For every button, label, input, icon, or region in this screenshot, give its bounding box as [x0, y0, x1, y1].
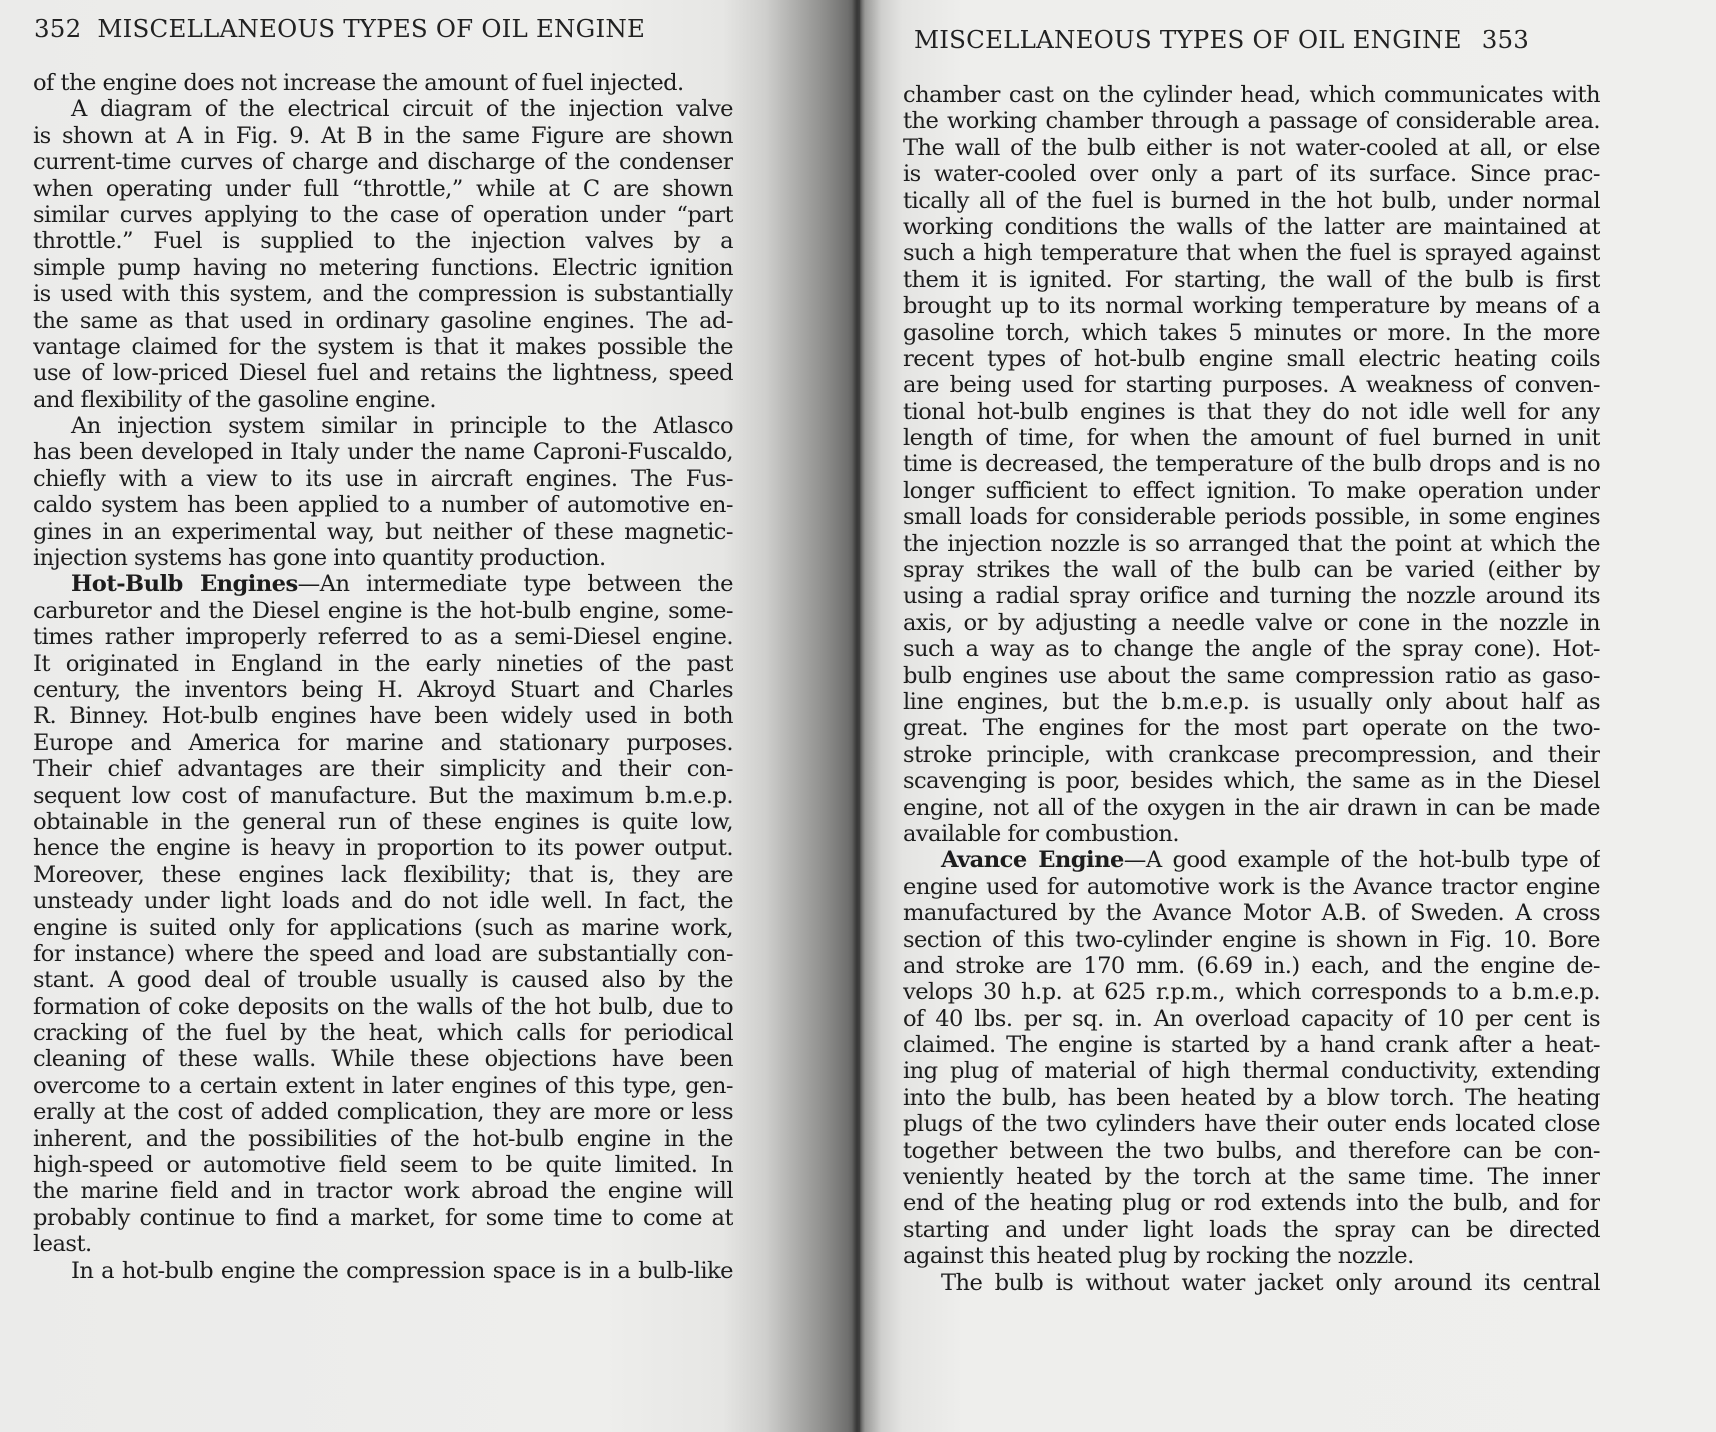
text-line: The bulb is without water jacket only ar…: [903, 1270, 1600, 1296]
line-text: them it is ignited. For starting, the wa…: [903, 267, 1600, 293]
text-line: time is decreased, the temperature of th…: [903, 451, 1600, 477]
text-line: Their chief advantages are their simplic…: [33, 756, 733, 782]
text-line: velops 30 h.p. at 625 r.p.m., which corr…: [903, 979, 1600, 1005]
body-text: of the engine does not increase the amou…: [33, 70, 733, 1284]
line-text: the same as that used in ordinary gasoli…: [33, 308, 733, 334]
text-line: line engines, but the b.m.e.p. is usuall…: [903, 689, 1600, 715]
text-line: stroke principle, with crankcase precomp…: [903, 742, 1600, 768]
line-text: using a radial spray orifice and turning…: [903, 583, 1600, 609]
text-line: engine used for automotive work is the A…: [903, 874, 1600, 900]
text-line: for instance) where the speed and load a…: [33, 941, 733, 967]
line-text: against this heated plug by rocking the …: [903, 1243, 1414, 1269]
line-text: —An intermediate type between the: [298, 571, 733, 597]
text-line: using a radial spray orifice and turning…: [903, 583, 1600, 609]
text-line: end of the heating plug or rod extends i…: [903, 1190, 1600, 1216]
text-line: obtainable in the general run of these e…: [33, 809, 733, 835]
line-text: is water-cooled over only a part of its …: [903, 161, 1600, 187]
text-line: tically all of the fuel is burned in the…: [903, 188, 1600, 214]
line-text: chiefly with a view to its use in aircra…: [33, 466, 733, 492]
text-line: engine, not all of the oxygen in the air…: [903, 795, 1600, 821]
body-text: chamber cast on the cylinder head, which…: [903, 82, 1600, 1296]
line-text: length of time, for when the amount of f…: [903, 425, 1600, 451]
line-text: sequent low cost of manufacture. But the…: [33, 783, 733, 809]
text-line: A diagram of the electrical circuit of t…: [33, 96, 733, 122]
line-text: probably continue to find a market, for …: [33, 1205, 733, 1231]
text-line: chiefly with a view to its use in aircra…: [33, 466, 733, 492]
line-text: unsteady under light loads and do not id…: [33, 888, 733, 914]
section-heading-line: Avance Engine—A good example of the hot-…: [903, 847, 1600, 873]
line-text: for instance) where the speed and load a…: [33, 941, 733, 967]
line-text: throttle.” Fuel is supplied to the injec…: [33, 228, 733, 254]
text-line: similar curves applying to the case of o…: [33, 202, 733, 228]
line-text: engine, not all of the oxygen in the air…: [903, 795, 1600, 821]
line-text: hence the engine is heavy in proportion …: [33, 835, 733, 861]
text-line: them it is ignited. For starting, the wa…: [903, 267, 1600, 293]
running-head-title: MISCELLANEOUS TYPES OF OIL ENGINE: [97, 14, 645, 43]
text-line: Moreover, these engines lack flexibility…: [33, 862, 733, 888]
text-line: available for combustion.: [903, 821, 1600, 847]
line-text: when operating under full “throttle,” wh…: [33, 176, 733, 202]
line-text: A diagram of the electrical circuit of t…: [71, 96, 733, 122]
line-text: the injection nozzle is so arranged that…: [903, 531, 1600, 557]
line-text: Moreover, these engines lack flexibility…: [33, 862, 733, 888]
line-text: together between the two bulbs, and ther…: [903, 1138, 1600, 1164]
text-line: engine is suited only for applications (…: [33, 915, 733, 941]
text-line: is used with this system, and the compre…: [33, 281, 733, 307]
line-text: similar curves applying to the case of o…: [33, 202, 733, 228]
book-gutter: [852, 0, 862, 1432]
text-line: Europe and America for marine and statio…: [33, 730, 733, 756]
line-text: engine is suited only for applications (…: [33, 915, 733, 941]
text-line: overcome to a certain extent in later en…: [33, 1073, 733, 1099]
line-text: section of this two-cylinder engine is s…: [903, 927, 1600, 953]
text-line: sequent low cost of manufacture. But the…: [33, 783, 733, 809]
line-text: An injection system similar in principle…: [71, 413, 733, 439]
text-line: hence the engine is heavy in proportion …: [33, 835, 733, 861]
text-line: small loads for considerable periods pos…: [903, 504, 1600, 530]
text-line: The wall of the bulb either is not water…: [903, 135, 1600, 161]
text-line: least.: [33, 1231, 733, 1257]
line-text: is shown at A in Fig. 9. At B in the sam…: [33, 123, 733, 149]
text-line: spray strikes the wall of the bulb can b…: [903, 557, 1600, 583]
line-text: century, the inventors being H. Akroyd S…: [33, 677, 733, 703]
text-line: the same as that used in ordinary gasoli…: [33, 308, 733, 334]
text-line: century, the inventors being H. Akroyd S…: [33, 677, 733, 703]
line-text: end of the heating plug or rod extends i…: [903, 1190, 1600, 1216]
line-text: scavenging is poor, besides which, the s…: [903, 768, 1600, 794]
line-text: tically all of the fuel is burned in the…: [903, 188, 1600, 214]
text-line: manufactured by the Avance Motor A.B. of…: [903, 900, 1600, 926]
text-line: and flexibility of the gasoline engine.: [33, 387, 733, 413]
line-text: The wall of the bulb either is not water…: [903, 135, 1600, 161]
text-line: scavenging is poor, besides which, the s…: [903, 768, 1600, 794]
text-line: longer sufficient to effect ignition. To…: [903, 478, 1600, 504]
text-line: cracking of the fuel by the heat, which …: [33, 1020, 733, 1046]
line-text: It originated in England in the early ni…: [33, 651, 733, 677]
line-text: simple pump having no metering functions…: [33, 255, 733, 281]
line-text: The bulb is without water jacket only ar…: [941, 1270, 1600, 1296]
running-head-title: MISCELLANEOUS TYPES OF OIL ENGINE: [914, 25, 1462, 54]
line-text: caldo system has been applied to a numbe…: [33, 492, 733, 518]
line-text: stroke principle, with crankcase precomp…: [903, 742, 1600, 768]
line-text: spray strikes the wall of the bulb can b…: [903, 557, 1600, 583]
text-line: erally at the cost of added complication…: [33, 1099, 733, 1125]
line-text: vantage claimed for the system is that i…: [33, 334, 733, 360]
text-line: unsteady under light loads and do not id…: [33, 888, 733, 914]
line-text: such a high temperature that when the fu…: [903, 240, 1600, 266]
line-text: Europe and America for marine and statio…: [33, 730, 733, 756]
text-line: gasoline torch, which takes 5 minutes or…: [903, 320, 1600, 346]
text-line: ing plug of material of high thermal con…: [903, 1058, 1600, 1084]
section-heading: Avance Engine: [941, 847, 1124, 873]
text-line: is water-cooled over only a part of its …: [903, 161, 1600, 187]
right-page: MISCELLANEOUS TYPES OF OIL ENGINE353 cha…: [860, 0, 1716, 1432]
text-line: stant. A good deal of trouble usually is…: [33, 967, 733, 993]
text-line: chamber cast on the cylinder head, which…: [903, 82, 1600, 108]
text-line: claimed. The engine is started by a hand…: [903, 1032, 1600, 1058]
line-text: current-time curves of charge and discha…: [33, 149, 733, 175]
line-text: chamber cast on the cylinder head, which…: [903, 82, 1600, 108]
line-text: cracking of the fuel by the heat, which …: [33, 1020, 733, 1046]
text-line: injection systems has gone into quantity…: [33, 545, 733, 571]
text-line: cleaning of these walls. While these obj…: [33, 1046, 733, 1072]
line-text: carburetor and the Diesel engine is the …: [33, 598, 733, 624]
left-page: 352MISCELLANEOUS TYPES OF OIL ENGINE of …: [0, 0, 860, 1432]
text-line: R. Binney. Hot-bulb engines have been wi…: [33, 703, 733, 729]
line-text: inherent, and the possibilities of the h…: [33, 1126, 733, 1152]
text-line: In a hot-bulb engine the compression spa…: [33, 1258, 733, 1284]
book-spread: 352MISCELLANEOUS TYPES OF OIL ENGINE of …: [0, 0, 1716, 1432]
line-text: times rather improperly referred to as a…: [33, 624, 733, 650]
section-heading: Hot-Bulb Engines: [71, 571, 298, 597]
text-line: axis, or by adjusting a needle valve or …: [903, 610, 1600, 636]
text-line: the injection nozzle is so arranged that…: [903, 531, 1600, 557]
text-line: has been developed in Italy under the na…: [33, 439, 733, 465]
line-text: into the bulb, has been heated by a blow…: [903, 1085, 1600, 1111]
text-line: the working chamber through a passage of…: [903, 108, 1600, 134]
line-text: veniently heated by the torch at the sam…: [903, 1164, 1600, 1190]
text-line: throttle.” Fuel is supplied to the injec…: [33, 228, 733, 254]
line-text: small loads for considerable periods pos…: [903, 504, 1600, 530]
page-number: 353: [1482, 25, 1529, 54]
text-line: An injection system similar in principle…: [33, 413, 733, 439]
text-line: of the engine does not increase the amou…: [33, 70, 733, 96]
running-head-right: MISCELLANEOUS TYPES OF OIL ENGINE353: [914, 25, 1529, 54]
text-line: and stroke are 170 mm. (6.69 in.) each, …: [903, 953, 1600, 979]
text-line: such a way as to change the angle of the…: [903, 636, 1600, 662]
line-text: axis, or by adjusting a needle valve or …: [903, 610, 1600, 636]
line-text: great. The engines for the most part ope…: [903, 715, 1600, 741]
text-line: of 40 lbs. per sq. in. An overload capac…: [903, 1006, 1600, 1032]
text-line: length of time, for when the amount of f…: [903, 425, 1600, 451]
line-text: Their chief advantages are their simplic…: [33, 756, 733, 782]
line-text: brought up to its normal working tempera…: [903, 293, 1600, 319]
line-text: bulb engines use about the same compress…: [903, 663, 1600, 689]
text-line: recent types of hot-bulb engine small el…: [903, 346, 1600, 372]
line-text: ing plug of material of high thermal con…: [903, 1058, 1600, 1084]
text-line: the marine field and in tractor work abr…: [33, 1178, 733, 1204]
line-text: gines in an experimental way, but neithe…: [33, 519, 733, 545]
line-text: least.: [33, 1231, 92, 1257]
text-line: inherent, and the possibilities of the h…: [33, 1126, 733, 1152]
text-line: current-time curves of charge and discha…: [33, 149, 733, 175]
line-text: such a way as to change the angle of the…: [903, 636, 1600, 662]
text-line: section of this two-cylinder engine is s…: [903, 927, 1600, 953]
line-text: of the engine does not increase the amou…: [33, 70, 684, 96]
line-text: overcome to a certain extent in later en…: [33, 1073, 733, 1099]
text-line: working conditions the walls of the latt…: [903, 214, 1600, 240]
line-text: and stroke are 170 mm. (6.69 in.) each, …: [903, 953, 1600, 979]
line-text: erally at the cost of added complication…: [33, 1099, 733, 1125]
line-text: stant. A good deal of trouble usually is…: [33, 967, 733, 993]
text-line: times rather improperly referred to as a…: [33, 624, 733, 650]
line-text: recent types of hot-bulb engine small el…: [903, 346, 1600, 372]
text-line: carburetor and the Diesel engine is the …: [33, 598, 733, 624]
text-line: tional hot-bulb engines is that they do …: [903, 399, 1600, 425]
line-text: velops 30 h.p. at 625 r.p.m., which corr…: [903, 979, 1600, 1005]
running-head-left: 352MISCELLANEOUS TYPES OF OIL ENGINE: [34, 14, 645, 43]
line-text: high-speed or automotive field seem to b…: [33, 1152, 733, 1178]
text-line: together between the two bulbs, and ther…: [903, 1138, 1600, 1164]
line-text: obtainable in the general run of these e…: [33, 809, 733, 835]
line-text: and flexibility of the gasoline engine.: [33, 387, 436, 413]
page-number: 352: [34, 14, 81, 43]
text-line: against this heated plug by rocking the …: [903, 1243, 1600, 1269]
text-line: bulb engines use about the same compress…: [903, 663, 1600, 689]
text-line: starting and under light loads the spray…: [903, 1217, 1600, 1243]
line-text: gasoline torch, which takes 5 minutes or…: [903, 320, 1600, 346]
line-text: has been developed in Italy under the na…: [33, 439, 733, 465]
text-line: probably continue to find a market, for …: [33, 1205, 733, 1231]
text-line: into the bulb, has been heated by a blow…: [903, 1085, 1600, 1111]
line-text: are being used for starting purposes. A …: [903, 372, 1600, 398]
text-line: caldo system has been applied to a numbe…: [33, 492, 733, 518]
line-text: starting and under light loads the spray…: [903, 1217, 1600, 1243]
text-line: gines in an experimental way, but neithe…: [33, 519, 733, 545]
text-line: brought up to its normal working tempera…: [903, 293, 1600, 319]
text-line: such a high temperature that when the fu…: [903, 240, 1600, 266]
text-line: are being used for starting purposes. A …: [903, 372, 1600, 398]
line-text: of 40 lbs. per sq. in. An overload capac…: [903, 1006, 1600, 1032]
text-line: when operating under full “throttle,” wh…: [33, 176, 733, 202]
text-line: high-speed or automotive field seem to b…: [33, 1152, 733, 1178]
line-text: is used with this system, and the compre…: [33, 281, 733, 307]
line-text: —A good example of the hot-bulb type of: [1124, 847, 1600, 873]
line-text: cleaning of these walls. While these obj…: [33, 1046, 733, 1072]
text-line: plugs of the two cylinders have their ou…: [903, 1111, 1600, 1137]
line-text: longer sufficient to effect ignition. To…: [903, 478, 1600, 504]
text-line: great. The engines for the most part ope…: [903, 715, 1600, 741]
line-text: working conditions the walls of the latt…: [903, 214, 1600, 240]
text-line: use of low-priced Diesel fuel and retain…: [33, 360, 733, 386]
line-text: the working chamber through a passage of…: [903, 108, 1600, 134]
line-text: the marine field and in tractor work abr…: [33, 1178, 733, 1204]
line-text: manufactured by the Avance Motor A.B. of…: [903, 900, 1600, 926]
text-line: simple pump having no metering functions…: [33, 255, 733, 281]
text-line: It originated in England in the early ni…: [33, 651, 733, 677]
line-text: available for combustion.: [903, 821, 1179, 847]
line-text: formation of coke deposits on the walls …: [33, 994, 733, 1020]
line-text: In a hot-bulb engine the compression spa…: [71, 1258, 733, 1284]
line-text: engine used for automotive work is the A…: [903, 874, 1600, 900]
line-text: use of low-priced Diesel fuel and retain…: [33, 360, 733, 386]
text-line: formation of coke deposits on the walls …: [33, 994, 733, 1020]
line-text: time is decreased, the temperature of th…: [903, 451, 1600, 477]
line-text: tional hot-bulb engines is that they do …: [903, 399, 1600, 425]
line-text: claimed. The engine is started by a hand…: [903, 1032, 1600, 1058]
line-text: injection systems has gone into quantity…: [33, 545, 606, 571]
line-text: plugs of the two cylinders have their ou…: [903, 1111, 1600, 1137]
text-line: veniently heated by the torch at the sam…: [903, 1164, 1600, 1190]
line-text: line engines, but the b.m.e.p. is usuall…: [903, 689, 1600, 715]
text-line: vantage claimed for the system is that i…: [33, 334, 733, 360]
section-heading-line: Hot-Bulb Engines—An intermediate type be…: [33, 571, 733, 597]
line-text: R. Binney. Hot-bulb engines have been wi…: [33, 703, 733, 729]
text-line: is shown at A in Fig. 9. At B in the sam…: [33, 123, 733, 149]
